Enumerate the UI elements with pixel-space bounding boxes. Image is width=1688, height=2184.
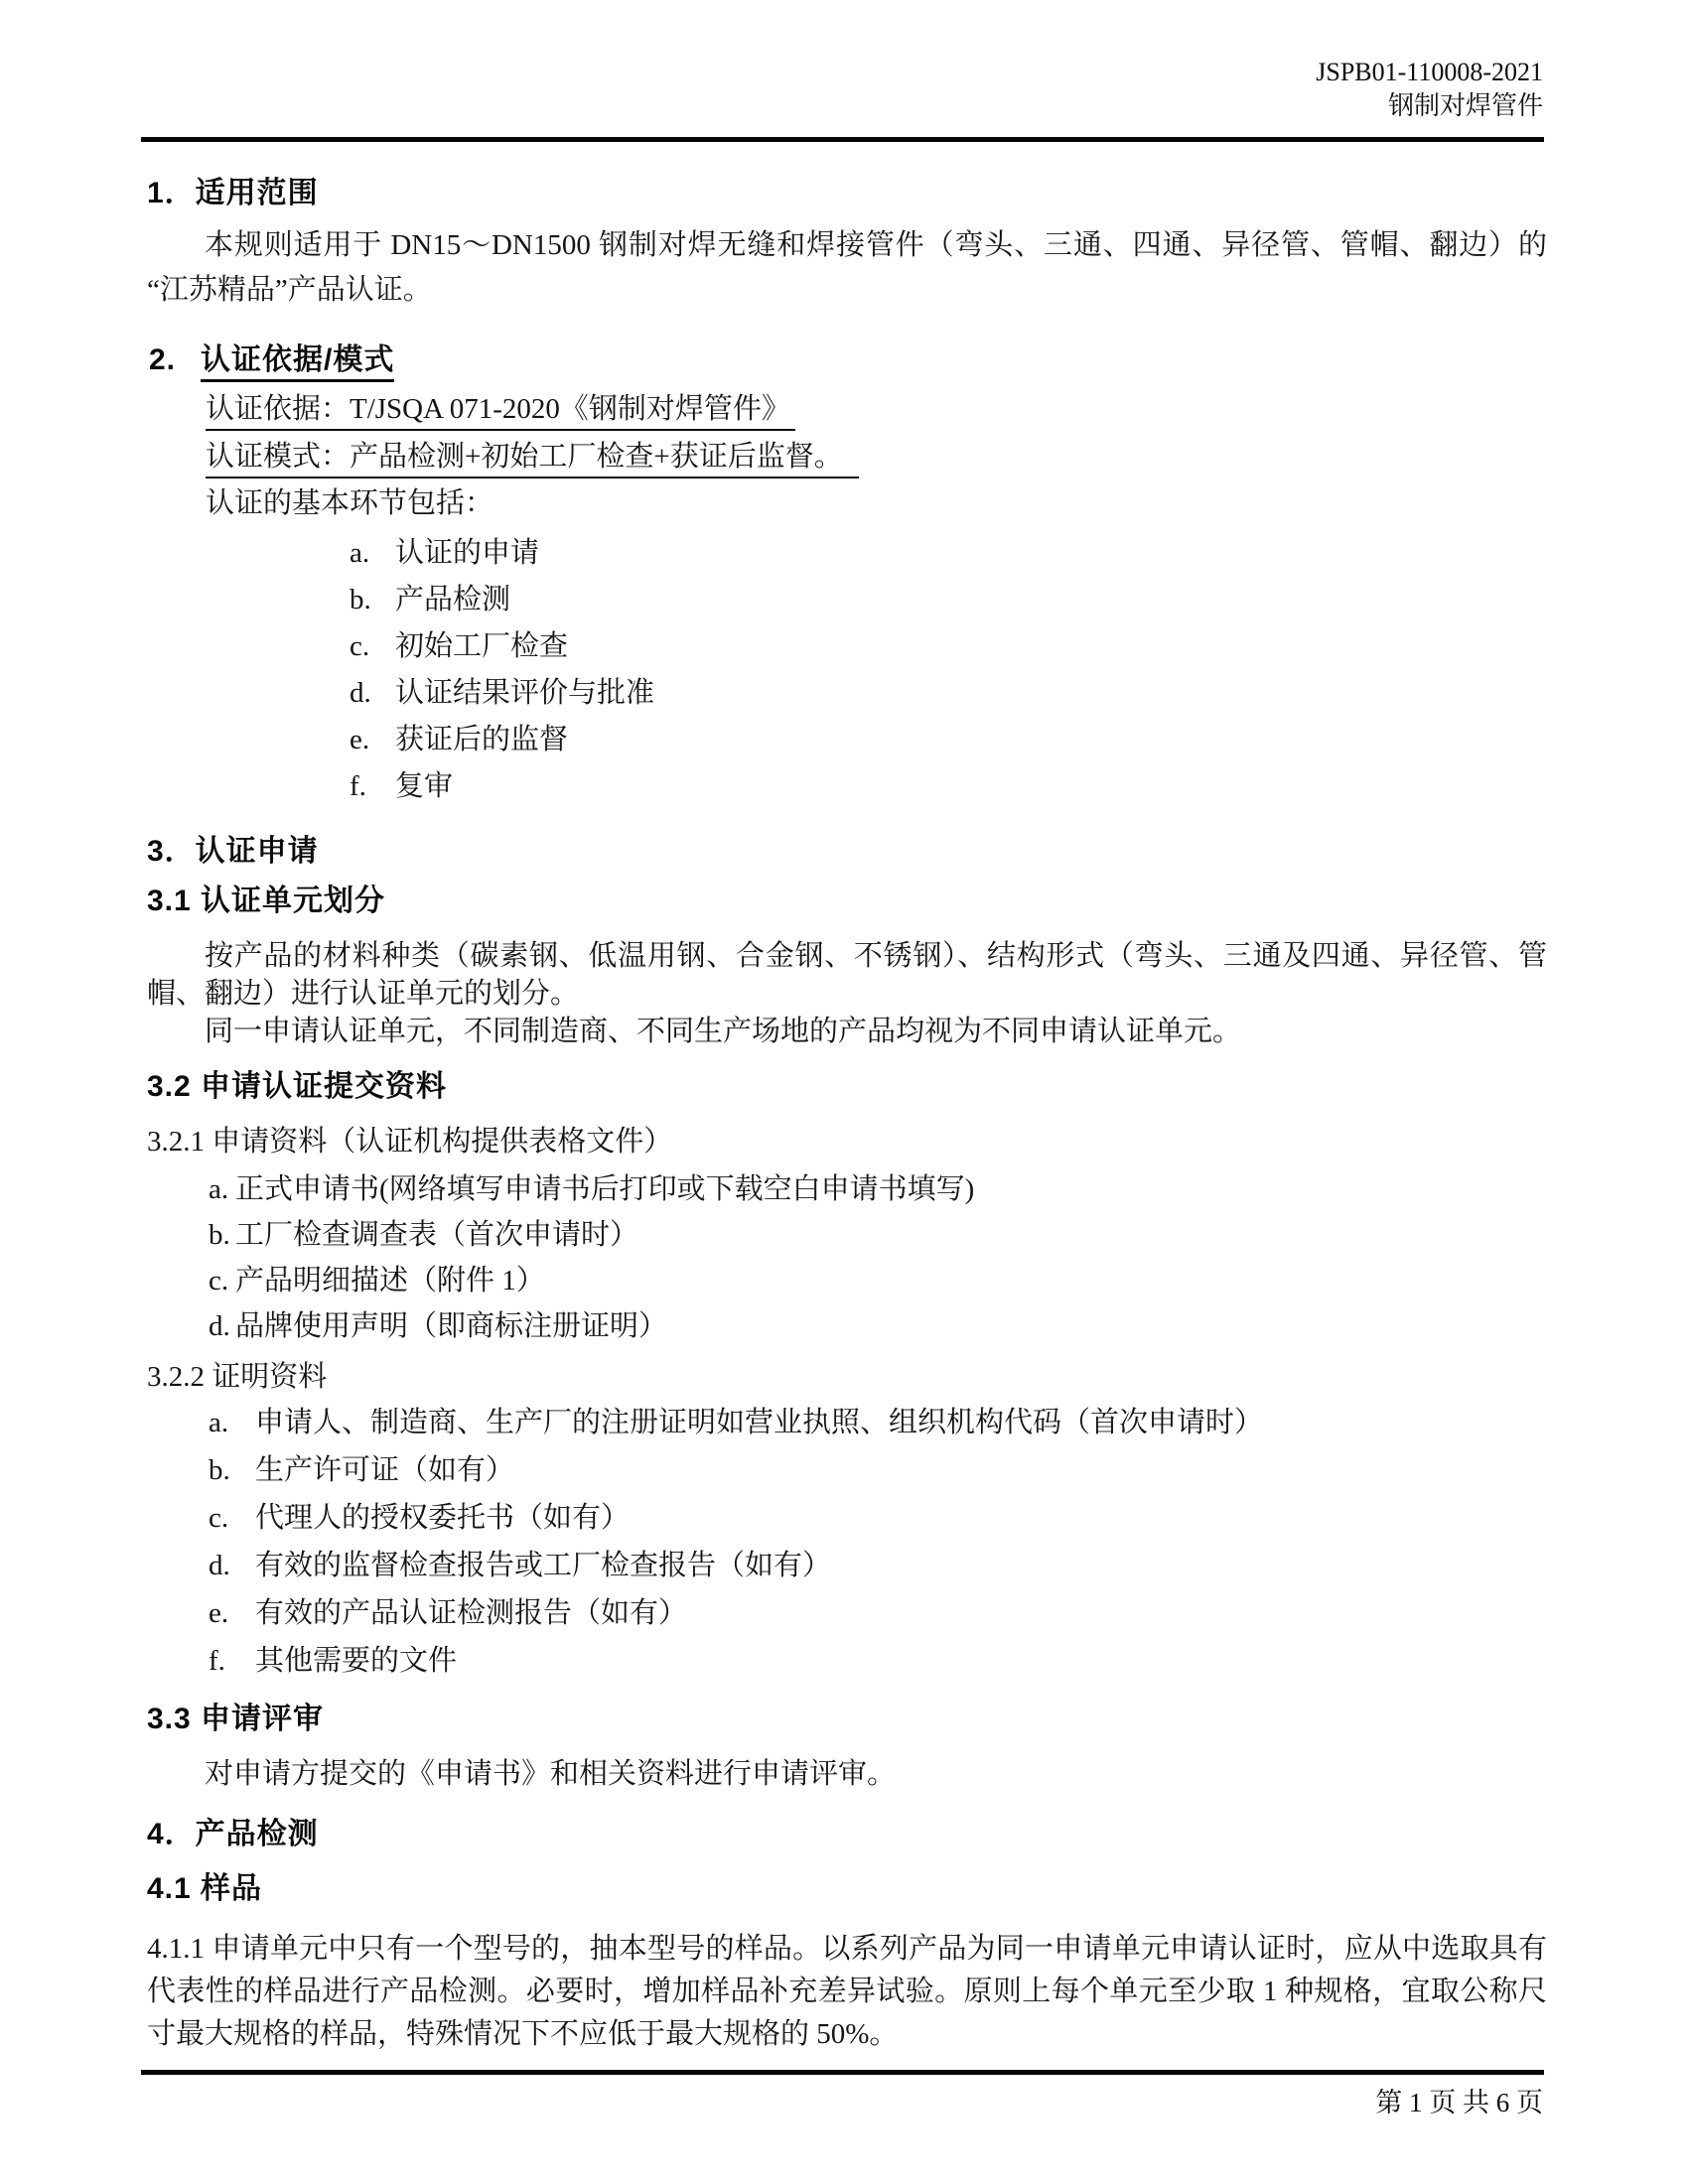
section-3-2-1-heading: 3.2.1 申请资料（认证机构提供表格文件） <box>147 1122 672 1161</box>
section-1-heading: 1．适用范围 <box>147 174 319 213</box>
section-4-1-heading: 4.1 样品 <box>147 1869 262 1909</box>
section-3-1-paragraph-2: 同一申请认证单元，不同制造商、不同生产场地的产品均视为不同申请认证单元。 <box>147 1013 1547 1050</box>
list-item-text: 认证的申请 <box>395 537 539 569</box>
list-item-text: 品牌使用声明（即商标注册证明） <box>235 1310 667 1342</box>
list-item-text: 有效的产品认证检测报告（如有） <box>255 1597 687 1629</box>
certification-basis-line: 认证依据：T/JSQA 071-2020《钢制对焊管件》 <box>206 389 795 429</box>
certification-mode-text: 认证模式：产品检测+初始工厂检查+获证后监督。 <box>206 441 859 478</box>
list-item: b.产品检测 <box>350 577 654 623</box>
section-3-2-heading: 3.2 申请认证提交资料 <box>147 1067 447 1107</box>
list-item: e.获证后的监督 <box>350 717 654 763</box>
header-rule <box>141 137 1544 142</box>
list-item: b.工厂检查调查表（首次申请时） <box>209 1212 974 1258</box>
section-2-heading: 2.认证依据/模式 <box>149 341 394 380</box>
list-letter: a. <box>350 530 395 577</box>
list-item-text: 工厂检查调查表（首次申请时） <box>235 1219 638 1251</box>
list-letter: b. <box>209 1212 235 1258</box>
list-item-text: 产品明细描述（附件 1） <box>235 1265 545 1297</box>
list-item-text: 生产许可证（如有） <box>255 1454 514 1486</box>
section-3-2-2-heading: 3.2.2 证明资料 <box>147 1357 327 1397</box>
section-3-3-paragraph: 对申请方提交的《申请书》和相关资料进行申请评审。 <box>147 1754 1547 1794</box>
list-item: d.品牌使用声明（即商标注册证明） <box>209 1303 974 1349</box>
list-letter: f. <box>209 1637 255 1685</box>
list-item: f.其他需要的文件 <box>209 1637 1263 1685</box>
list-item-text: 认证结果评价与批准 <box>395 677 654 709</box>
certification-basis-text: 认证依据：T/JSQA 071-2020《钢制对焊管件》 <box>206 393 795 431</box>
list-letter: c. <box>350 623 395 670</box>
section-4-1-1-paragraph: 4.1.1 申请单元中只有一个型号的，抽本型号的样品。以系列产品为同一申请单元申… <box>147 1928 1547 2056</box>
list-item: a.申请人、制造商、生产厂的注册证明如营业执照、组织机构代码（首次申请时） <box>209 1399 1263 1446</box>
footer-page-info: 第 1 页 共 6 页 <box>1375 2081 1543 2119</box>
list-letter: b. <box>350 577 395 623</box>
proof-documents-list: a.申请人、制造商、生产厂的注册证明如营业执照、组织机构代码（首次申请时） b.… <box>209 1399 1263 1685</box>
page-header: JSPB01-110008-2021 钢制对焊管件 <box>1316 56 1543 123</box>
document-page: JSPB01-110008-2021 钢制对焊管件 1．适用范围 本规则适用于 … <box>0 0 1688 2184</box>
list-item-text: 其他需要的文件 <box>255 1645 457 1677</box>
list-letter: d. <box>209 1542 255 1589</box>
list-item: c.初始工厂检查 <box>350 623 654 670</box>
list-letter: b. <box>209 1446 255 1494</box>
list-item-text: 产品检测 <box>395 584 510 615</box>
list-item: f.复审 <box>350 763 654 810</box>
list-item-text: 复审 <box>395 770 453 802</box>
list-item-text: 代理人的授权委托书（如有） <box>255 1502 630 1534</box>
certification-mode-line: 认证模式：产品检测+初始工厂检查+获证后监督。 <box>206 437 859 477</box>
list-item: d.有效的监督检查报告或工厂检查报告（如有） <box>209 1542 1263 1589</box>
application-documents-list: a.正式申请书(网络填写申请书后打印或下载空白申请书填写) b.工厂检查调查表（… <box>209 1166 974 1349</box>
list-item-text: 有效的监督检查报告或工厂检查报告（如有） <box>255 1550 831 1581</box>
section-3-1-body: 按产品的材料种类（碳素钢、低温用钢、合金钢、不锈钢）、结构形式（弯头、三通及四通… <box>147 937 1547 1050</box>
list-item-text: 初始工厂检查 <box>395 630 568 662</box>
certification-steps-list: a.认证的申请 b.产品检测 c.初始工厂检查 d.认证结果评价与批准 e.获证… <box>350 530 654 810</box>
footer-rule <box>141 2070 1544 2075</box>
list-item-text: 申请人、制造商、生产厂的注册证明如营业执照、组织机构代码（首次申请时） <box>255 1407 1263 1438</box>
list-letter: e. <box>350 717 395 763</box>
list-letter: c. <box>209 1494 255 1542</box>
list-item: d.认证结果评价与批准 <box>350 670 654 717</box>
list-letter: d. <box>350 670 395 717</box>
list-item: e.有效的产品认证检测报告（如有） <box>209 1589 1263 1637</box>
list-letter: c. <box>209 1258 235 1303</box>
header-doc-number: JSPB01-110008-2021 <box>1316 56 1543 89</box>
list-letter: a. <box>209 1166 235 1212</box>
list-item-text: 正式申请书(网络填写申请书后打印或下载空白申请书填写) <box>235 1173 974 1205</box>
list-item-text: 获证后的监督 <box>395 724 568 755</box>
list-item: c.产品明细描述（附件 1） <box>209 1258 974 1303</box>
section-3-1-heading: 3.1 认证单元划分 <box>147 882 385 921</box>
list-item: a.认证的申请 <box>350 530 654 577</box>
steps-intro: 认证的基本环节包括： <box>206 483 493 523</box>
section-3-1-paragraph-1: 按产品的材料种类（碳素钢、低温用钢、合金钢、不锈钢）、结构形式（弯头、三通及四通… <box>147 937 1547 1013</box>
list-letter: d. <box>209 1303 235 1349</box>
list-item: b.生产许可证（如有） <box>209 1446 1263 1494</box>
list-letter: f. <box>350 763 395 810</box>
section-2-number: 2. <box>149 341 201 380</box>
section-4-heading: 4．产品检测 <box>147 1815 319 1854</box>
section-3-3-heading: 3.3 申请评审 <box>147 1700 324 1739</box>
header-doc-title: 钢制对焊管件 <box>1316 89 1543 123</box>
section-2-heading-text: 认证依据/模式 <box>201 343 394 382</box>
section-1-paragraph: 本规则适用于 DN15～DN1500 钢制对焊无缝和焊接管件（弯头、三通、四通、… <box>147 223 1547 313</box>
list-item: a.正式申请书(网络填写申请书后打印或下载空白申请书填写) <box>209 1166 974 1212</box>
section-3-heading: 3．认证申请 <box>147 832 319 872</box>
list-letter: a. <box>209 1399 255 1446</box>
list-letter: e. <box>209 1589 255 1637</box>
list-item: c.代理人的授权委托书（如有） <box>209 1494 1263 1542</box>
